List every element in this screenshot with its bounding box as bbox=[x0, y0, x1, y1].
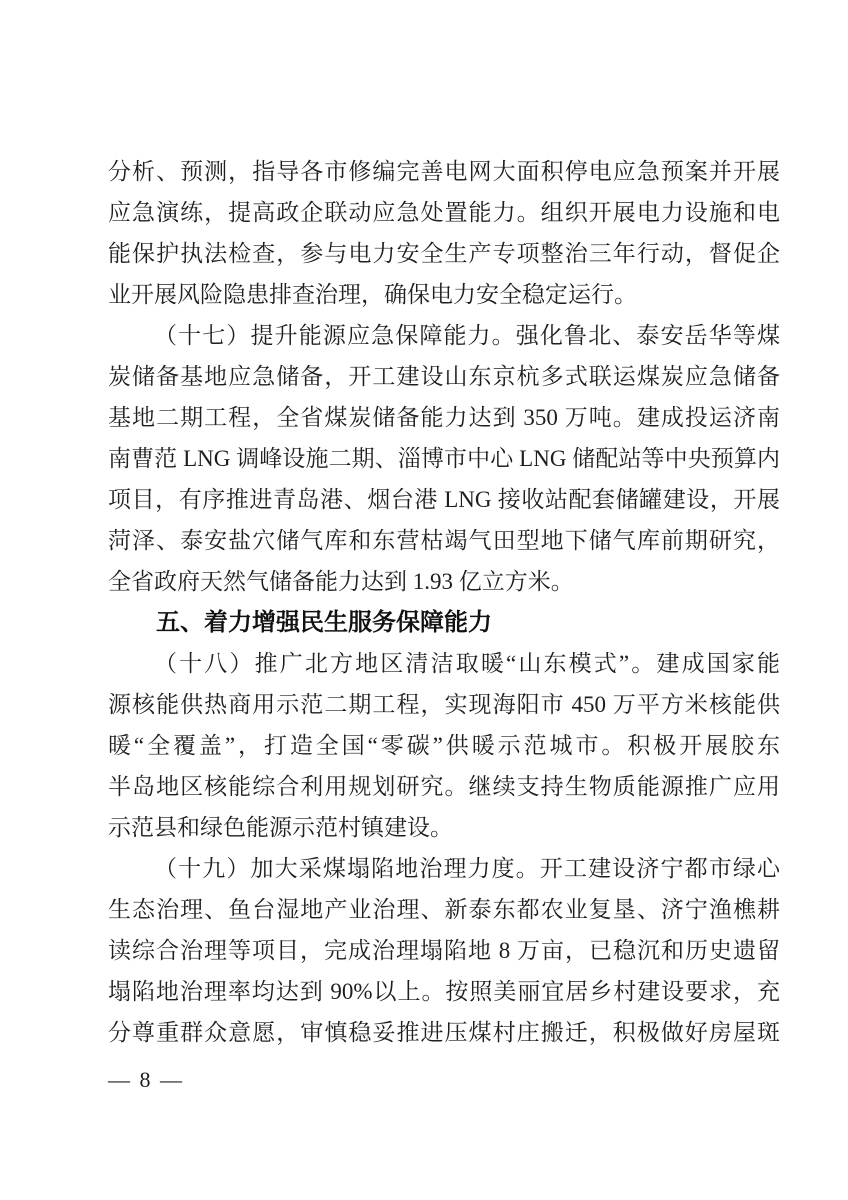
text-line: 菏泽、泰安盐穴储气库和东营枯竭气田型地下储气库前期研究， bbox=[108, 520, 780, 561]
text-line: 能保护执法检查，参与电力安全生产专项整治三年行动，督促企 bbox=[108, 233, 780, 274]
text-line: 示范县和绿色能源示范村镇建设。 bbox=[108, 807, 780, 848]
document-page: 分析、预测，指导各市修编完善电网大面积停电应急预案并开展应急演练，提高政企联动应… bbox=[0, 0, 848, 1200]
text-line: 暖“全覆盖”，打造全国“零碳”供暖示范城市。积极开展胶东 bbox=[108, 725, 780, 766]
text-line: 源核能供热商用示范二期工程，实现海阳市 450 万平方米核能供 bbox=[108, 684, 780, 725]
text-line: （十九）加大采煤塌陷地治理力度。开工建设济宁都市绿心 bbox=[108, 848, 780, 889]
text-line: 半岛地区核能综合利用规划研究。继续支持生物质能源推广应用 bbox=[108, 766, 780, 807]
text-line: 业开展风险隐患排查治理，确保电力安全稳定运行。 bbox=[108, 274, 780, 315]
text-line: 生态治理、鱼台湿地产业治理、新泰东都农业复垦、济宁渔樵耕 bbox=[108, 889, 780, 930]
text-line: 项目，有序推进青岛港、烟台港 LNG 接收站配套储罐建设，开展 bbox=[108, 479, 780, 520]
text-line: （十八）推广北方地区清洁取暖“山东模式”。建成国家能 bbox=[108, 643, 780, 684]
section-heading: 五、着力增强民生服务保障能力 bbox=[108, 602, 780, 643]
text-line: 读综合治理等项目，完成治理塌陷地 8 万亩，已稳沉和历史遗留 bbox=[108, 930, 780, 971]
text-line: 应急演练，提高政企联动应急处置能力。组织开展电力设施和电 bbox=[108, 192, 780, 233]
text-line: 全省政府天然气储备能力达到 1.93 亿立方米。 bbox=[108, 561, 780, 602]
document-body: 分析、预测，指导各市修编完善电网大面积停电应急预案并开展应急演练，提高政企联动应… bbox=[108, 151, 780, 1053]
text-line: 南曹范 LNG 调峰设施二期、淄博市中心 LNG 储配站等中央预算内 bbox=[108, 438, 780, 479]
text-line: 塌陷地治理率均达到 90%以上。按照美丽宜居乡村建设要求，充 bbox=[108, 971, 780, 1012]
text-line: 分尊重群众意愿，审慎稳妥推进压煤村庄搬迁，积极做好房屋斑 bbox=[108, 1012, 780, 1053]
page-number: — 8 — bbox=[108, 1066, 184, 1094]
text-line: 分析、预测，指导各市修编完善电网大面积停电应急预案并开展 bbox=[108, 151, 780, 192]
text-line: 炭储备基地应急储备，开工建设山东京杭多式联运煤炭应急储备 bbox=[108, 356, 780, 397]
text-line: （十七）提升能源应急保障能力。强化鲁北、泰安岳华等煤 bbox=[108, 315, 780, 356]
text-line: 基地二期工程，全省煤炭储备能力达到 350 万吨。建成投运济南 bbox=[108, 397, 780, 438]
